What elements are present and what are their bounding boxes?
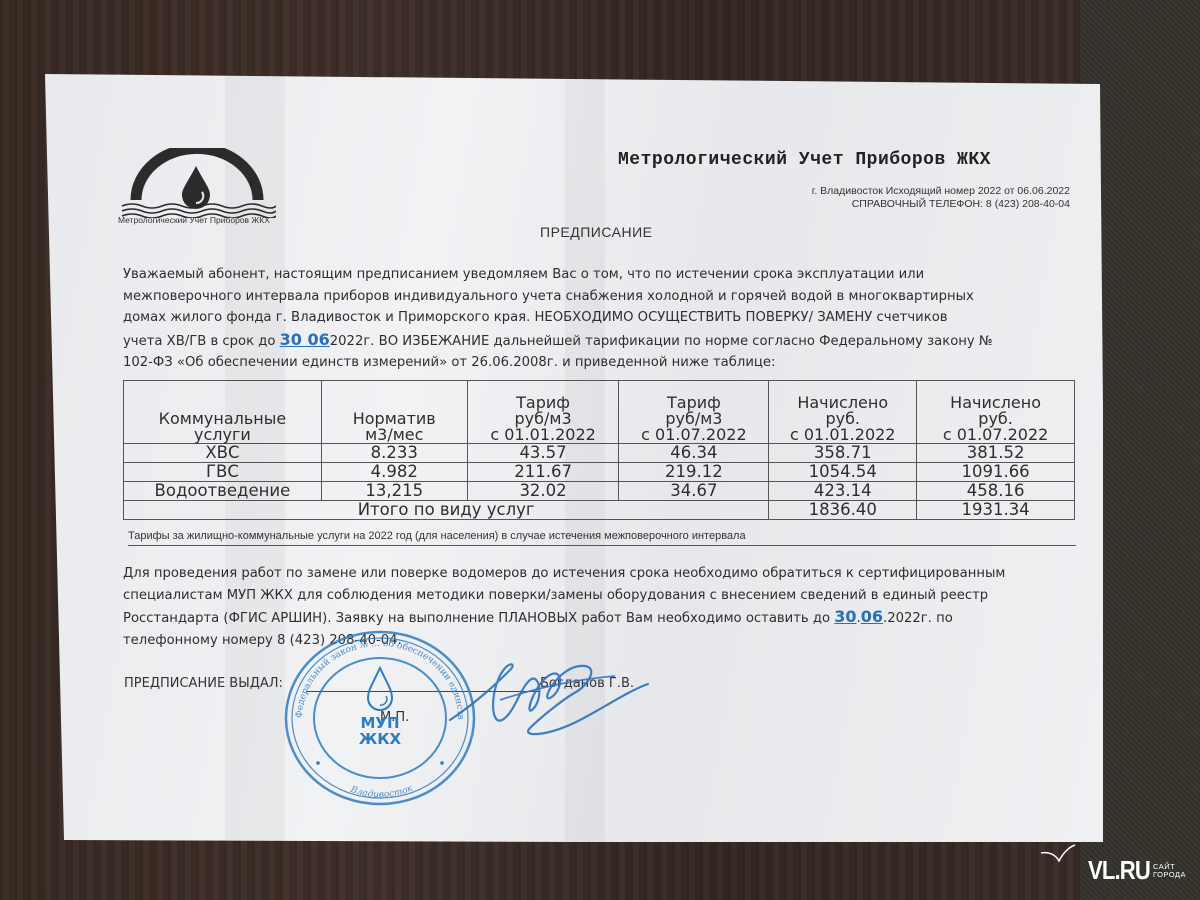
logo-caption: Метрологический Учет Приборов ЖКХ [118,215,270,225]
header-accrued-jul: Начисленоруб.с 01.07.2022 [917,381,1075,444]
table-footnote: Тарифы за жилищно-коммунальные услуги на… [128,530,1076,546]
intro-line: Уважаемый абонент, настоящим предписание… [123,264,993,286]
handwritten-day: 30 [834,607,856,626]
intro-line: учета ХВ/ГВ в срок до 30 062022г. ВО ИЗБ… [123,329,993,353]
cell-tariff-jan: 32.02 [467,482,619,501]
instructions-line: специалистам МУП ЖКХ для соблюдения мето… [123,585,1005,607]
cell-norm: 8.233 [321,444,467,463]
cell-accrued-jul: 458.16 [917,482,1075,501]
cell-norm: 4.982 [321,463,467,482]
tariff-table: Коммунальныеуслуги Нормативм3/мес Тарифр… [123,380,1075,520]
instructions-paragraph: Для проведения работ по замене или повер… [123,563,1005,651]
cell-tariff-jul: 46.34 [619,444,769,463]
header-accrued-jan: Начисленоруб.с 01.01.2022 [769,381,917,444]
issued-by-label: ПРЕДПИСАНИЕ ВЫДАЛ: [124,676,283,691]
intro-text: 2022г. ВО ИЗБЕЖАНИЕ дальнейшей тарификац… [330,334,993,349]
instructions-line: Росстандарта (ФГИС АРШИН). Заявку на вып… [123,606,1005,630]
intro-paragraph: Уважаемый абонент, настоящим предписание… [123,264,993,374]
organization-title: Метрологический Учет Приборов ЖКХ [618,150,991,170]
handwritten-deadline: 30 06 [280,330,330,349]
watermark-tagline: сайтгорода [1153,863,1186,879]
header-norm: Нормативм3/мес [321,381,467,444]
document: Метрологический Учет Приборов ЖКХ Метрол… [0,0,1200,900]
water-drop-arch-logo-icon [116,148,276,218]
cell-accrued-jan: 423.14 [769,482,917,501]
document-title: ПРЕДПИСАНИЕ [540,224,653,240]
cell-tariff-jan: 211.67 [467,463,619,482]
total-accrued-jul: 1931.34 [917,501,1075,520]
table-header-row: Коммунальныеуслуги Нормативм3/мес Тарифр… [124,381,1075,444]
header-tariff-jan: Тарифруб/м3с 01.01.2022 [467,381,619,444]
cell-service: ГВС [124,463,322,482]
intro-line: 102-ФЗ «Об обеспечении единств измерений… [123,352,993,374]
handwritten-month: 06 [861,607,883,626]
cell-accrued-jan: 358.71 [769,444,917,463]
outgoing-reference: г. Владивосток Исходящий номер 2022 от 0… [812,185,1070,197]
instructions-line: Для проведения работ по замене или повер… [123,563,1005,585]
table-row: ГВС4.982211.67219.121054.541091.66 [124,463,1075,482]
cell-service: ХВС [124,444,322,463]
svg-text:Федеральный закон № ... об обе: Федеральный закон № ... об обеспечении е… [280,628,465,720]
instructions-text: Росстандарта (ФГИС АРШИН). Заявку на вып… [123,611,834,626]
reference-phone: СПРАВОЧНЫЙ ТЕЛЕФОН: 8 (423) 208-40-04 [852,198,1070,210]
handwritten-signature-icon [440,640,660,750]
site-watermark: VL.RU сайтгорода [1077,855,1186,886]
checkmark-icon [1039,843,1079,867]
svg-text:ЖКХ: ЖКХ [359,730,402,748]
total-label: Итого по виду услуг [124,501,769,520]
watermark-logo: VL.RU [1088,855,1150,886]
table-total-row: Итого по виду услуг 1836.40 1931.34 [124,501,1075,520]
svg-text:Владивосток: Владивосток [348,783,415,800]
instructions-text: .2022г. по [883,611,953,626]
header-tariff-jul: Тарифруб/м3с 01.07.2022 [619,381,769,444]
cell-accrued-jan: 1054.54 [769,463,917,482]
cell-accrued-jul: 1091.66 [917,463,1075,482]
intro-text: учета ХВ/ГВ в срок до [123,334,280,349]
total-accrued-jan: 1836.40 [769,501,917,520]
cell-tariff-jan: 43.57 [467,444,619,463]
header-services: Коммунальныеуслуги [124,381,322,444]
table-row: ХВС8.23343.5746.34358.71381.52 [124,444,1075,463]
intro-line: межповерочного интервала приборов индиви… [123,286,993,308]
cell-norm: 13,215 [321,482,467,501]
cell-tariff-jul: 34.67 [619,482,769,501]
cell-service: Водоотведение [124,482,322,501]
cell-accrued-jul: 381.52 [917,444,1075,463]
table-row: Водоотведение13,21532.0234.67423.14458.1… [124,482,1075,501]
intro-line: домах жилого фонда г. Владивосток и Прим… [123,307,993,329]
cell-tariff-jul: 219.12 [619,463,769,482]
